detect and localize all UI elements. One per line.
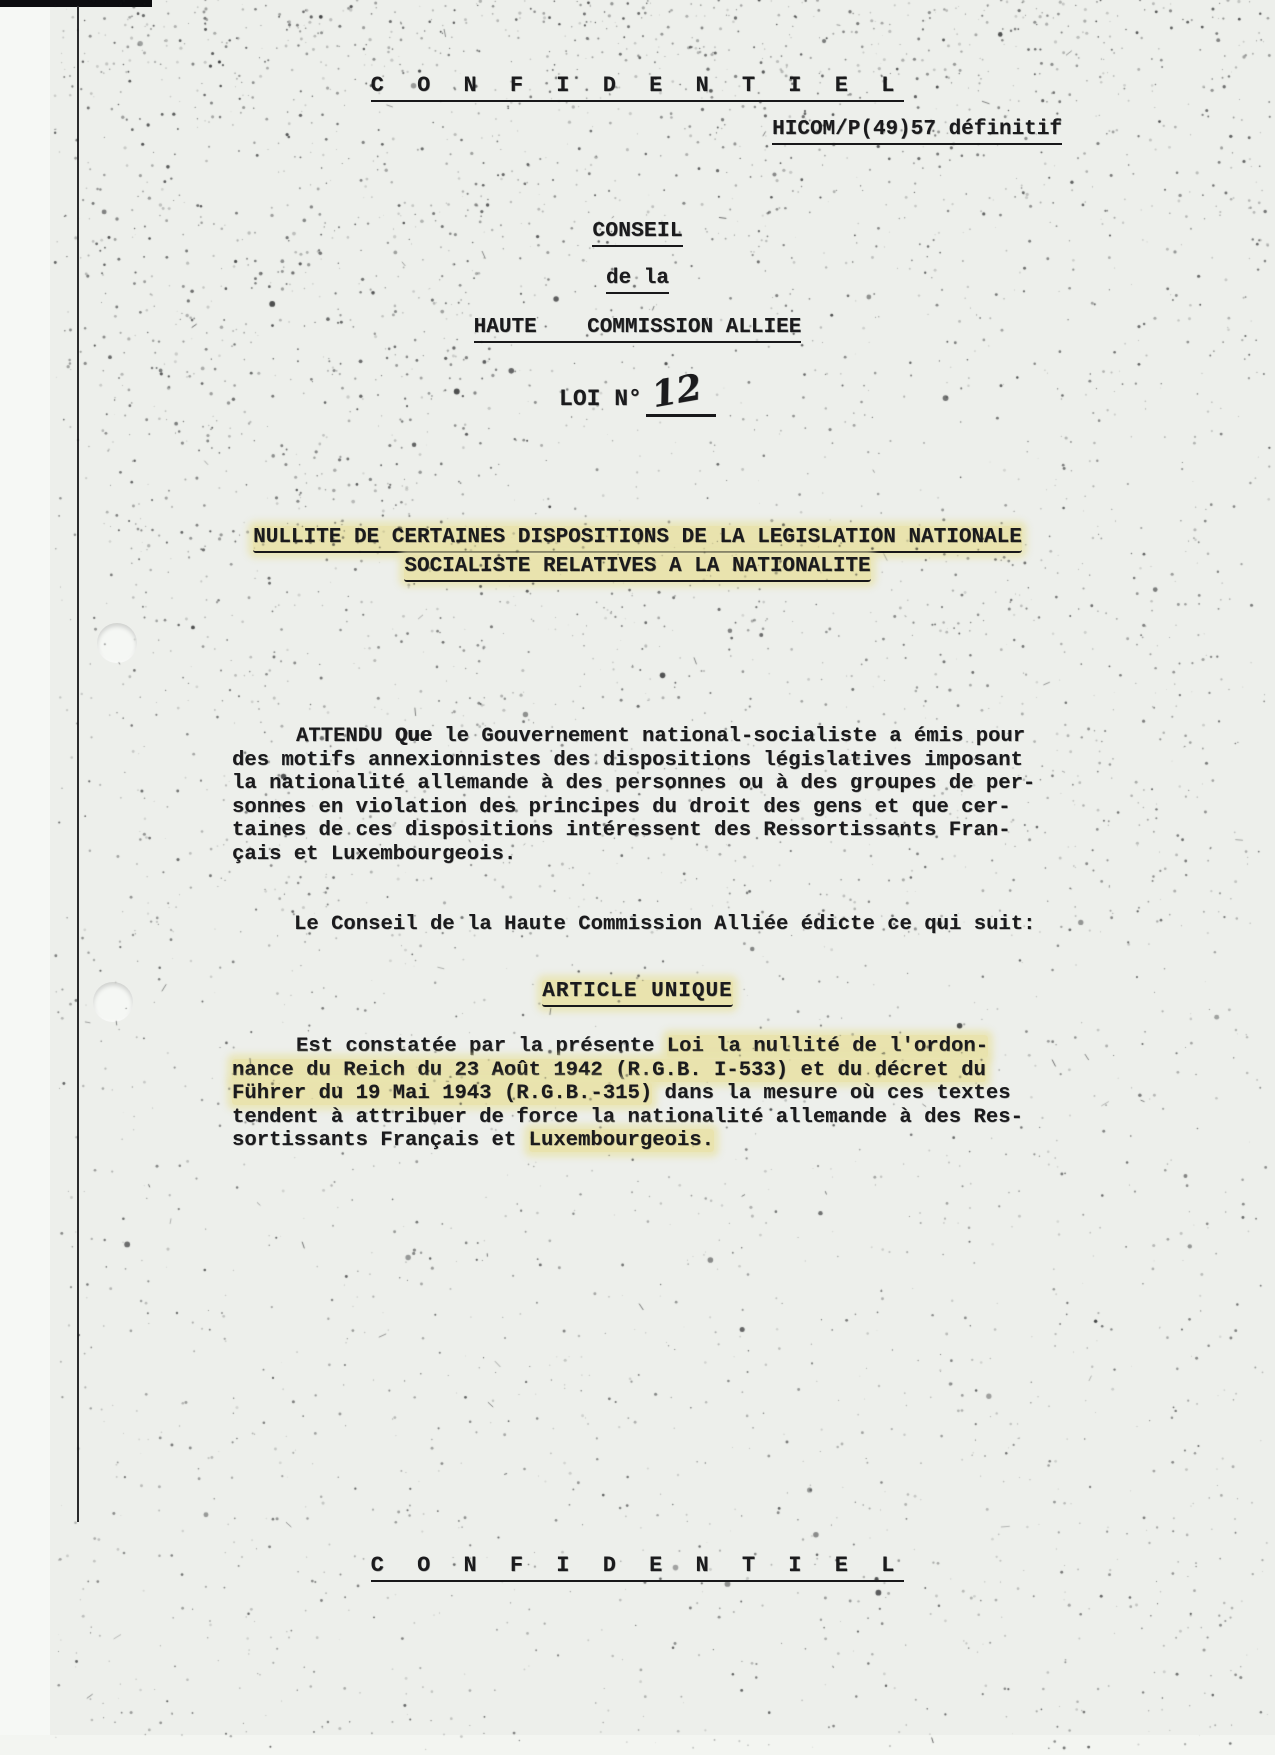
article-line5-highlight: Luxembourgeois. <box>529 1129 714 1152</box>
preamble-line5: taines de ces dispositions intéressent d… <box>232 819 1092 843</box>
classification-header: C O N F I D E N T I E L <box>0 73 1275 98</box>
article-line1-highlight: Loi la nullité de l'ordon- <box>667 1035 988 1058</box>
law-number-underline: 12 <box>646 381 716 417</box>
council-heading-line2: de la <box>0 267 1275 290</box>
classification-footer: C O N F I D E N T I E L <box>0 1553 1275 1578</box>
article-line1: Est constatée par la présente Loi la nul… <box>232 1035 1092 1059</box>
title-line2-text: SOCIALISTE RELATIVES A LA NATIONALITE <box>404 555 870 582</box>
council-heading-line1: CONSEIL <box>0 219 1275 243</box>
document-title-line1: NULLITE DE CERTAINES DISPOSITIONS DE LA … <box>0 526 1275 549</box>
article-line5-pre: sortissants Français et <box>232 1129 529 1152</box>
reference-number-text: HICOM/P(49)57 définitif <box>772 118 1062 145</box>
law-number-line: LOI N°12 <box>0 381 1275 417</box>
preamble-line6: çais et Luxembourgeois. <box>232 843 1092 867</box>
preamble-line1: ATTENDU Que le Gouvernement national-soc… <box>232 725 1092 749</box>
preamble-line4: sonnes en violation des principes du dro… <box>232 796 1092 820</box>
law-number-handwritten: 12 <box>650 375 704 407</box>
classification-footer-text: C O N F I D E N T I E L <box>371 1553 905 1582</box>
council-line2-text: de la <box>606 267 669 294</box>
preamble-line1-post: le Gouvernement national-socialiste a ém… <box>432 725 1025 748</box>
preamble-line3: la nationalité allemande à des personnes… <box>232 772 1092 796</box>
article-heading: ARTICLE UNIQUE <box>0 980 1275 1003</box>
article-line2-highlight: nance du Reich du 23 Août 1942 (R.G.B. I… <box>232 1059 986 1082</box>
title-line1-text: NULLITE DE CERTAINES DISPOSITIONS DE LA … <box>253 526 1022 553</box>
article-line2: nance du Reich du 23 Août 1942 (R.G.B. I… <box>232 1059 1092 1083</box>
council-heading-line3: HAUTE COMMISSION ALLIEE <box>0 316 1275 339</box>
reference-number: HICOM/P(49)57 définitif <box>772 118 1062 141</box>
preamble-line1-emphasis: Que <box>395 725 432 748</box>
document-title-line2: SOCIALISTE RELATIVES A LA NATIONALITE <box>0 555 1275 578</box>
article-line4: tendent à attribuer de force la national… <box>232 1106 1092 1130</box>
article-line3-post: dans la mesure où ces textes <box>652 1082 1010 1105</box>
classification-header-text: C O N F I D E N T I E L <box>371 73 905 102</box>
scanned-document-page: C O N F I D E N T I E L HICOM/P(49)57 dé… <box>0 0 1275 1755</box>
preamble-line1-pre: ATTENDU <box>296 725 395 748</box>
article-line3-highlight: Führer du 19 Mai 1943 (R.G.B.-315) <box>232 1082 652 1105</box>
council-line1-text: CONSEIL <box>592 219 682 247</box>
article-paragraph: Est constatée par la présente Loi la nul… <box>232 1035 1092 1153</box>
preamble-line2: des motifs annexionnistes des dispositio… <box>232 749 1092 773</box>
law-number-label: LOI N° <box>559 386 642 412</box>
document-content: C O N F I D E N T I E L HICOM/P(49)57 dé… <box>0 0 1275 1755</box>
article-line5: sortissants Français et Luxembourgeois. <box>232 1129 1092 1153</box>
enacting-clause: Le Conseil de la Haute Commission Alliée… <box>294 913 1036 937</box>
article-heading-text: ARTICLE UNIQUE <box>542 980 732 1007</box>
article-line1-pre: Est constatée par la présente <box>296 1035 667 1058</box>
council-line3-text: HAUTE COMMISSION ALLIEE <box>474 316 802 343</box>
preamble-paragraph: ATTENDU Que le Gouvernement national-soc… <box>232 725 1092 866</box>
article-line3: Führer du 19 Mai 1943 (R.G.B.-315) dans … <box>232 1082 1092 1106</box>
